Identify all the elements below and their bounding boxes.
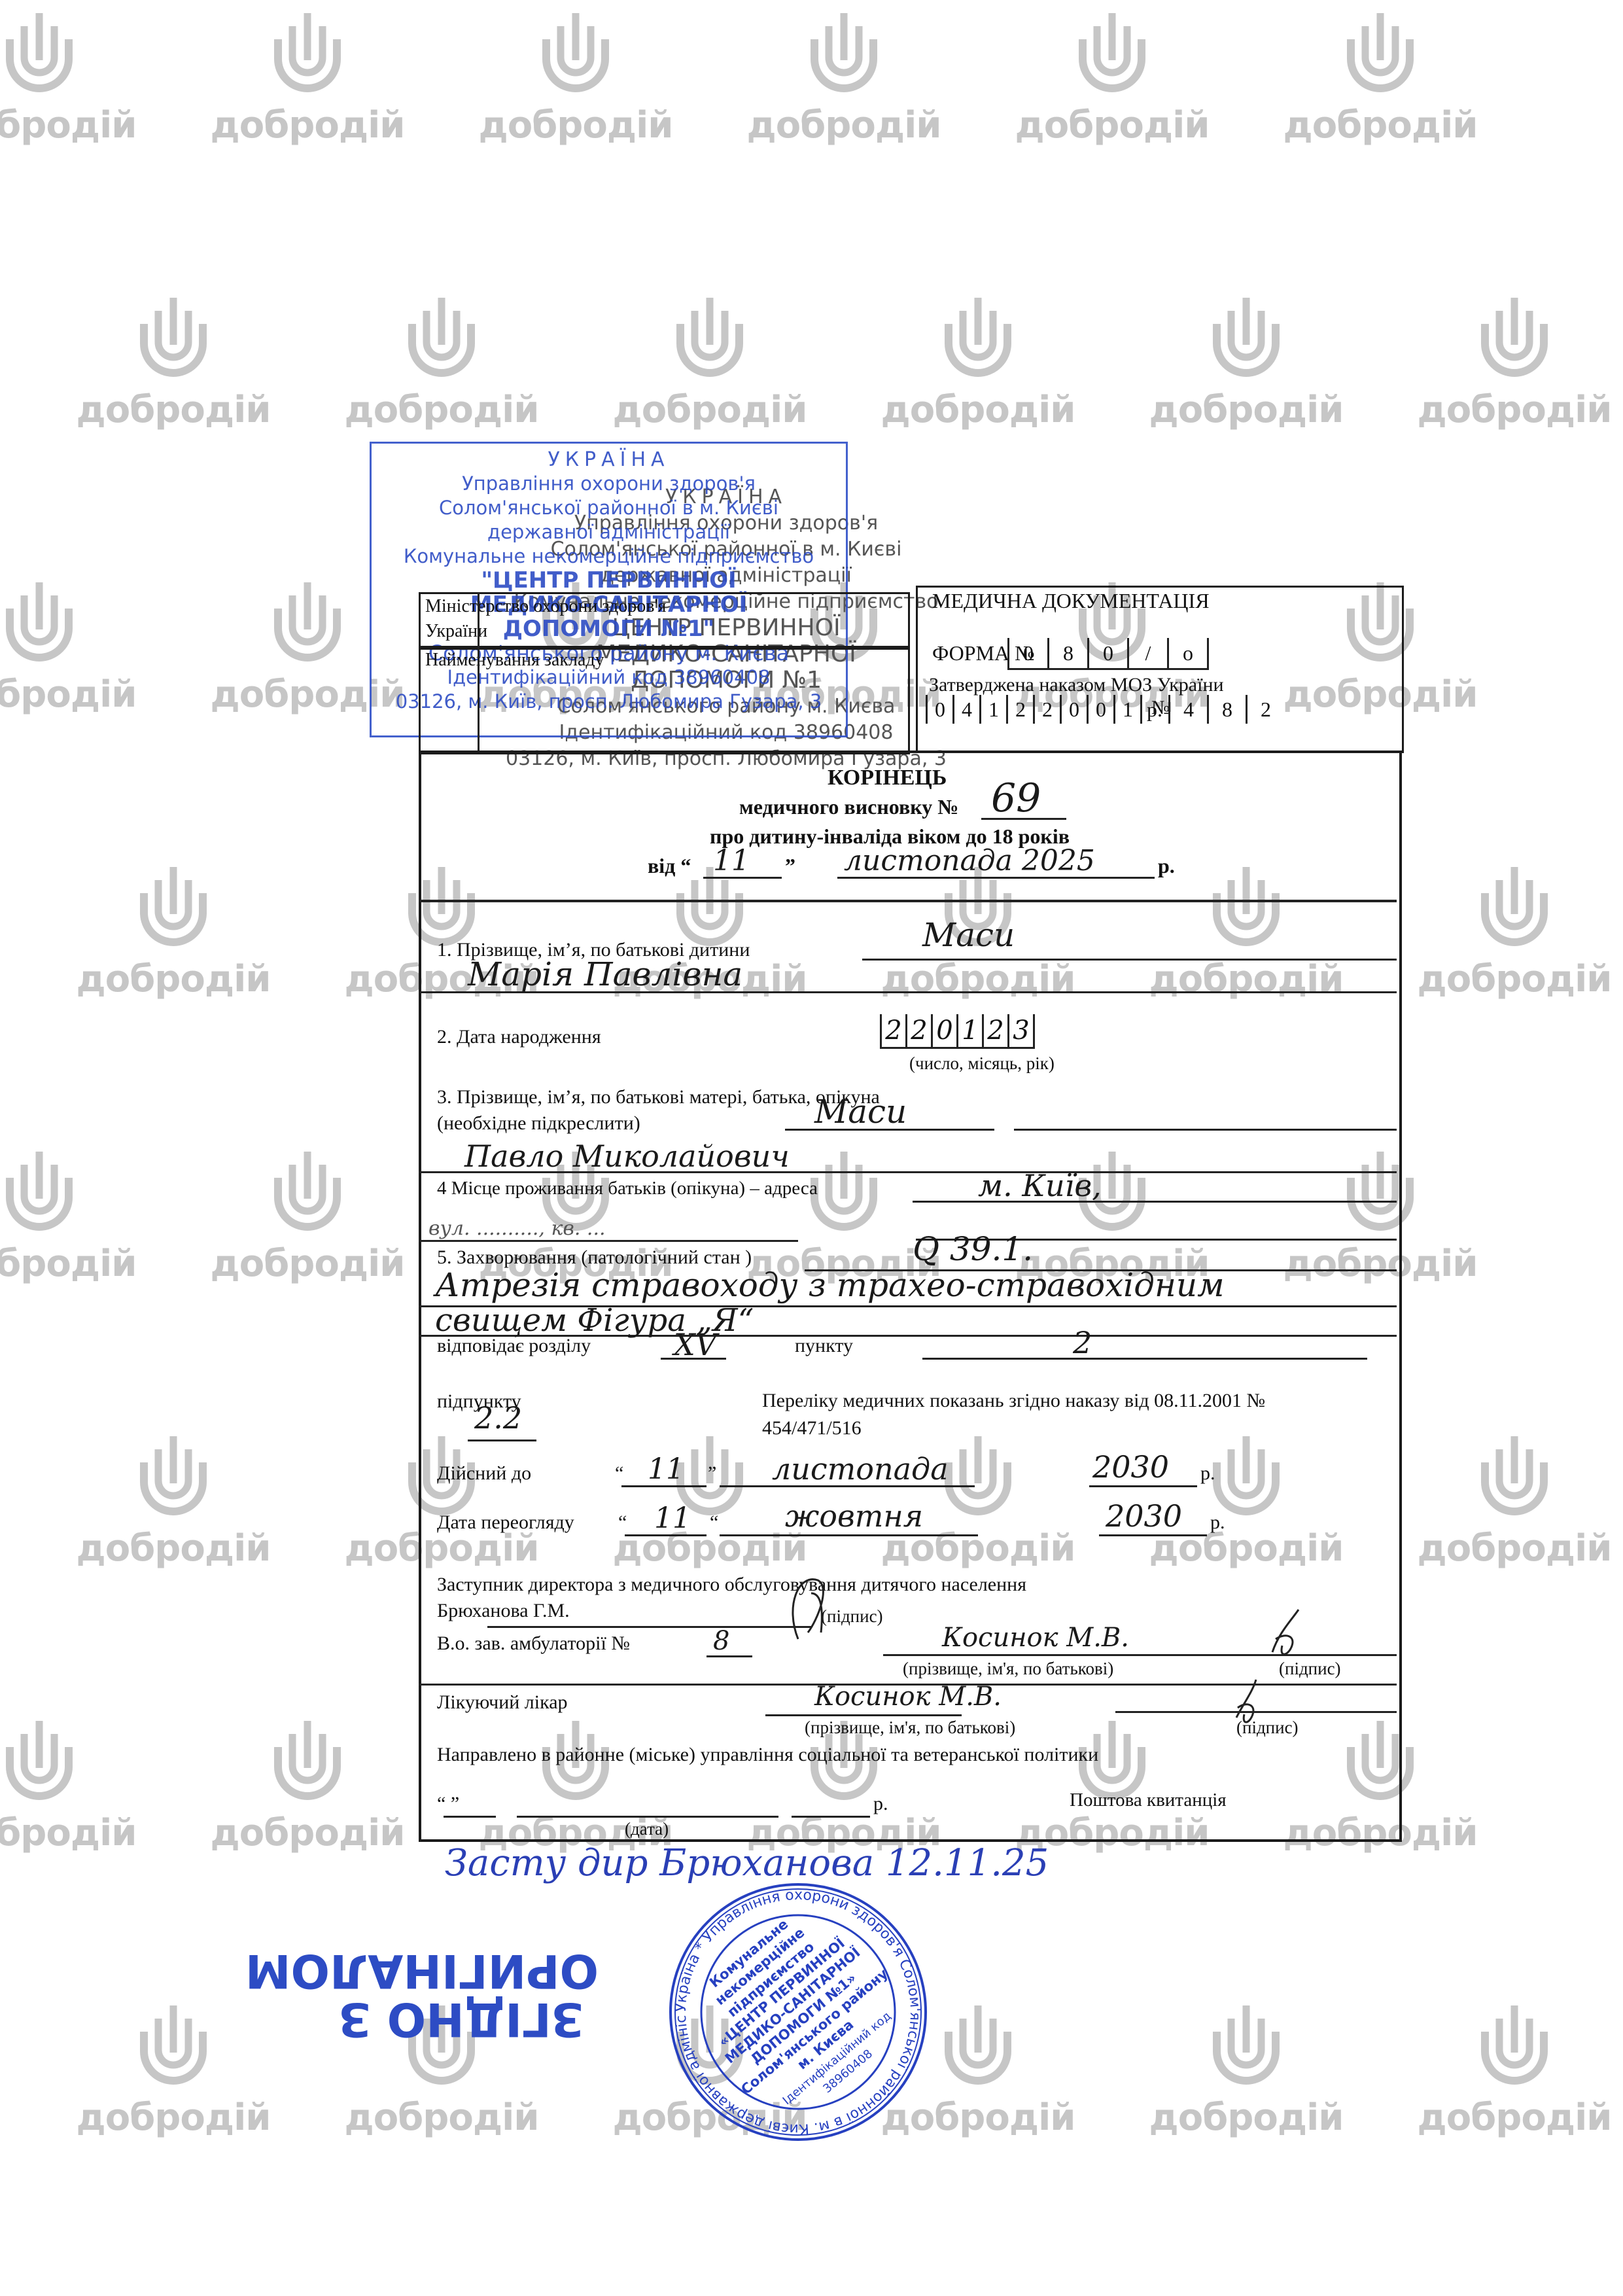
- ministry-label: Міністерство охорони здоров'я України: [425, 594, 666, 644]
- cell: 0: [931, 1014, 956, 1047]
- watermark: добродій: [0, 13, 137, 144]
- date-prefix: від “: [648, 854, 691, 877]
- valid-open-quote: “: [615, 1462, 623, 1485]
- dobrodii-logo-icon: [1478, 1436, 1550, 1521]
- cell: 2: [1033, 695, 1060, 724]
- approved-label: Затверджена наказом МОЗ України: [929, 674, 1224, 696]
- watermark-text: добродій: [1014, 107, 1210, 144]
- dobrodii-logo-icon: [674, 298, 746, 383]
- dobrodii-logo-icon: [808, 13, 880, 98]
- dobrodii-logo-icon: [1210, 298, 1282, 383]
- stamp-line: УКРАЇНА: [372, 448, 846, 472]
- deputy-name: Брюханова Г.М.: [437, 1600, 570, 1622]
- watermark-text: добродій: [75, 1530, 271, 1567]
- parent-name: Павло Миколайович: [464, 1139, 790, 1174]
- disease-description-1: Атрезія стравоходу з трахео-стравохідним: [435, 1266, 1225, 1304]
- ministry-line1: Міністерство охорони здоров'я: [425, 594, 666, 619]
- dobrodii-logo-icon: [406, 298, 478, 383]
- watermark-text: добродій: [1282, 107, 1478, 144]
- ambulatory-name-hint: (прізвище, ім'я, по батькові): [903, 1659, 1113, 1679]
- review-open-quote: “: [618, 1511, 627, 1534]
- watermark-text: добродій: [1148, 392, 1344, 429]
- address-line2: вул. .........., кв. ...: [428, 1217, 606, 1240]
- deputy-sign-line: [487, 1626, 811, 1628]
- valid-year-line: [1089, 1485, 1197, 1487]
- list-reference: Переліку медичних показань згідно наказу…: [762, 1387, 1338, 1442]
- watermark: добродій: [75, 867, 271, 998]
- address-line2-rule: [419, 1240, 798, 1242]
- watermark: добродій: [0, 1721, 137, 1852]
- watermark: добродій: [1282, 13, 1478, 144]
- watermark: добродій: [0, 582, 137, 713]
- cell: 0: [1060, 695, 1087, 724]
- ministry-line2: України: [425, 619, 666, 644]
- watermark-text: добродій: [1416, 1530, 1613, 1567]
- sent-year-suffix: р.: [873, 1793, 888, 1815]
- watermark-text: добродій: [1416, 961, 1613, 998]
- dobrodii-logo-icon: [942, 2005, 1014, 2091]
- parent-label-2: (необхідне підкреслити): [437, 1112, 640, 1135]
- sent-day-line: [444, 1816, 496, 1818]
- child-surname: Маси: [922, 916, 1015, 954]
- address-label: 4 Місце проживання батьків (опікуна) – а…: [437, 1178, 818, 1199]
- ambulatory-head-name: Косинок М.В.: [942, 1623, 1129, 1653]
- watermark: добродій: [1148, 2005, 1344, 2136]
- section-value: XV: [674, 1327, 717, 1362]
- valid-close-quote: ”: [708, 1462, 716, 1485]
- point-line: [922, 1358, 1367, 1360]
- form-number-cells: 080/о: [1007, 638, 1209, 670]
- cell: 2: [1246, 695, 1284, 724]
- cell: 8: [1207, 695, 1246, 724]
- stamp-line: Управління охорони здоров'я: [372, 472, 846, 496]
- watermark: добродій: [75, 1436, 271, 1567]
- deputy-label: Заступник директора з медичного обслугов…: [437, 1574, 1026, 1596]
- watermark-text: добродій: [1416, 2100, 1613, 2136]
- round-seal-stamp: Україна * Управління охорони здоров'я Со…: [667, 1878, 929, 2146]
- valid-year-suffix: р.: [1200, 1462, 1215, 1485]
- deputy-signature: [772, 1567, 850, 1649]
- dobrodii-logo-icon: [137, 298, 209, 383]
- review-label: Дата переогляду: [437, 1511, 574, 1534]
- institution-label: Найменування закладу: [425, 650, 604, 671]
- subpoint-value: 2.2: [474, 1400, 522, 1436]
- watermark-text: добродій: [209, 107, 406, 144]
- dobrodii-logo-icon: [3, 1721, 75, 1806]
- cell: 2: [982, 1014, 1007, 1047]
- copy-stamp: ЗГІДНО З ОРИГІНАЛОМ: [324, 1947, 599, 2043]
- dobrodii-logo-icon: [1210, 2005, 1282, 2091]
- ambulatory-label: В.о. зав. амбулаторії №: [437, 1633, 630, 1655]
- dobrodii-logo-icon: [540, 13, 612, 98]
- divider: [478, 592, 480, 751]
- watermark: добродій: [1416, 2005, 1613, 2136]
- watermark: добродій: [75, 298, 271, 429]
- point-value: 2: [1073, 1325, 1092, 1360]
- ambulatory-head-line: [883, 1654, 1397, 1656]
- review-year-suffix: р.: [1210, 1511, 1225, 1534]
- dobrodii-logo-icon: [271, 13, 343, 98]
- cell: 3: [1007, 1014, 1033, 1047]
- dobrodii-logo-icon: [271, 1152, 343, 1237]
- order-no-label: №: [1151, 697, 1170, 719]
- sent-date-hint: (дата): [625, 1819, 669, 1839]
- review-close-quote: “: [710, 1511, 718, 1534]
- approved-date-cells: 04122001р.: [926, 695, 1167, 747]
- watermark-text: добродій: [75, 2100, 271, 2136]
- order-number-cells: 482: [1168, 695, 1284, 747]
- date-quote: ”: [785, 854, 795, 878]
- parent-label-1: 3. Прізвище, ім’я, по батькові матері, б…: [437, 1086, 880, 1108]
- certificate-number: 69: [991, 775, 1041, 821]
- point-label: пункту: [795, 1335, 853, 1357]
- ambulatory-signature: [1266, 1606, 1312, 1669]
- address-value: м. Київ,: [978, 1168, 1102, 1203]
- cell: 1: [956, 1014, 982, 1047]
- copy-stamp-line1: ЗГІДНО З: [324, 1995, 599, 2043]
- watermark: добродій: [1014, 13, 1210, 144]
- disease-code: Q 39.1.: [913, 1230, 1033, 1268]
- valid-year: 2030: [1092, 1449, 1169, 1485]
- valid-label: Дійсний до: [437, 1462, 531, 1485]
- doctor-name: Косинок М.В.: [814, 1682, 1002, 1712]
- sent-label: Направлено в районне (міське) управління…: [437, 1744, 1098, 1766]
- subtitle-prefix: медичного висновку №: [739, 795, 958, 819]
- watermark: добродій: [75, 2005, 271, 2136]
- sent-month-line: [517, 1816, 778, 1818]
- watermark-text: добродій: [880, 392, 1076, 429]
- dob-hint: (число, місяць, рік): [909, 1053, 1055, 1074]
- review-year-line: [1099, 1534, 1207, 1536]
- cell: о: [1167, 638, 1207, 668]
- cell: 2: [905, 1014, 931, 1047]
- watermark-text: добродій: [75, 392, 271, 429]
- watermark-text: добродій: [209, 1815, 406, 1852]
- watermark: добродій: [1148, 298, 1344, 429]
- watermark-text: добродій: [343, 2100, 540, 2136]
- watermark-text: добродій: [1148, 2100, 1344, 2136]
- sent-date-quotes: “ ”: [437, 1793, 459, 1815]
- copy-stamp-line2: ОРИГІНАЛОМ: [324, 1947, 599, 1995]
- doctor-label: Лікуючий лікар: [437, 1691, 568, 1714]
- watermark-text: добродій: [75, 961, 271, 998]
- stamp-line: державної адміністрації: [372, 520, 846, 544]
- dobrodii-logo-icon: [1478, 867, 1550, 952]
- dobrodii-logo-icon: [3, 1152, 75, 1237]
- dobrodii-logo-icon: [1344, 13, 1416, 98]
- disease-label: 5. Захворювання (патологічний стан ): [437, 1246, 752, 1269]
- watermark-text: добродій: [1416, 392, 1613, 429]
- cell: 0: [1007, 638, 1047, 668]
- issue-date: від “: [648, 854, 691, 878]
- cell: 0: [1087, 638, 1127, 668]
- review-month: жовтня: [785, 1498, 923, 1534]
- watermark-text: добродій: [0, 107, 137, 144]
- watermark: добродій: [209, 1152, 406, 1282]
- dobrodii-logo-icon: [1478, 2005, 1550, 2091]
- sent-year-line: [792, 1816, 870, 1818]
- watermark: добродій: [478, 13, 674, 144]
- subtitle-number: медичного висновку №: [739, 795, 958, 819]
- dobrodii-logo-icon: [271, 582, 343, 667]
- doctor-name-line: [765, 1714, 962, 1716]
- subpoint-line: [468, 1439, 536, 1441]
- dobrodii-logo-icon: [271, 1721, 343, 1806]
- cell: 2: [880, 1014, 905, 1047]
- watermark-text: добродій: [343, 392, 540, 429]
- stamp-line: Солом'янської районної в м. Києві: [372, 496, 846, 520]
- watermark-text: добродій: [0, 677, 137, 713]
- watermark: добродій: [612, 298, 808, 429]
- child-name: Марія Павлівна: [468, 955, 742, 993]
- watermark-text: добродій: [612, 392, 808, 429]
- dobrodii-logo-icon: [1076, 13, 1148, 98]
- watermark: добродій: [0, 1152, 137, 1282]
- cell: 1: [1113, 695, 1140, 724]
- review-day: 11: [654, 1502, 691, 1535]
- parent-surname: Маси: [814, 1093, 907, 1131]
- issue-month-year: листопада 2025: [844, 844, 1095, 877]
- child-surname-line: [862, 959, 1397, 961]
- watermark: добродій: [1416, 298, 1613, 429]
- dob-cells: 220123: [880, 1014, 1035, 1049]
- watermark: добродій: [1416, 1436, 1613, 1567]
- cell: 0: [926, 695, 952, 724]
- dobrodii-logo-icon: [942, 298, 1014, 383]
- stamp-line: Комунальне некомерційне підприємство: [372, 544, 846, 569]
- cell: 0: [1087, 695, 1113, 724]
- stamp-line: "ЦЕНТР ПЕРВИННОЇ: [372, 569, 846, 593]
- dobrodii-logo-icon: [3, 13, 75, 98]
- review-month-line: [720, 1534, 978, 1536]
- cell: 8: [1047, 638, 1087, 668]
- doctor-signature: [1230, 1678, 1269, 1734]
- med-doc-title: МЕДИЧНА ДОКУМЕНТАЦІЯ: [932, 589, 1210, 613]
- dobrodii-logo-icon: [137, 867, 209, 952]
- watermark-text: добродій: [478, 107, 674, 144]
- cell: 1: [979, 695, 1006, 724]
- cell: 4: [1168, 695, 1207, 724]
- issue-day: 11: [713, 844, 750, 877]
- valid-month: листопада: [772, 1451, 949, 1487]
- postal-receipt-label: Поштова квитанція: [1070, 1790, 1227, 1811]
- ambulatory-no: 8: [713, 1626, 729, 1656]
- valid-day: 11: [648, 1453, 684, 1486]
- parent-extra-line: [1014, 1129, 1397, 1131]
- watermark: добродій: [746, 13, 942, 144]
- watermark: добродій: [209, 1721, 406, 1852]
- dobrodii-logo-icon: [137, 1436, 209, 1521]
- dobrodii-logo-icon: [3, 582, 75, 667]
- date-suffix: р.: [1158, 854, 1175, 878]
- watermark: добродій: [880, 298, 1076, 429]
- cell: 2: [1006, 695, 1033, 724]
- watermark: добродій: [343, 298, 540, 429]
- section-divider: [419, 900, 1397, 902]
- document-heading: КОРІНЕЦЬ: [828, 766, 947, 790]
- watermark-text: добродій: [209, 1246, 406, 1282]
- dobrodii-logo-icon: [1478, 298, 1550, 383]
- watermark-text: добродій: [0, 1815, 137, 1852]
- dob-label: 2. Дата народження: [437, 1026, 601, 1048]
- doctor-name-hint: (прізвище, ім'я, по батькові): [805, 1718, 1015, 1738]
- cell: /: [1127, 638, 1167, 668]
- watermark: добродій: [1416, 867, 1613, 998]
- cell: 4: [952, 695, 979, 724]
- review-year: 2030: [1106, 1498, 1182, 1534]
- dobrodii-logo-icon: [137, 2005, 209, 2091]
- watermark: добродій: [209, 13, 406, 144]
- watermark-text: добродій: [746, 107, 942, 144]
- watermark-text: добродій: [0, 1246, 137, 1282]
